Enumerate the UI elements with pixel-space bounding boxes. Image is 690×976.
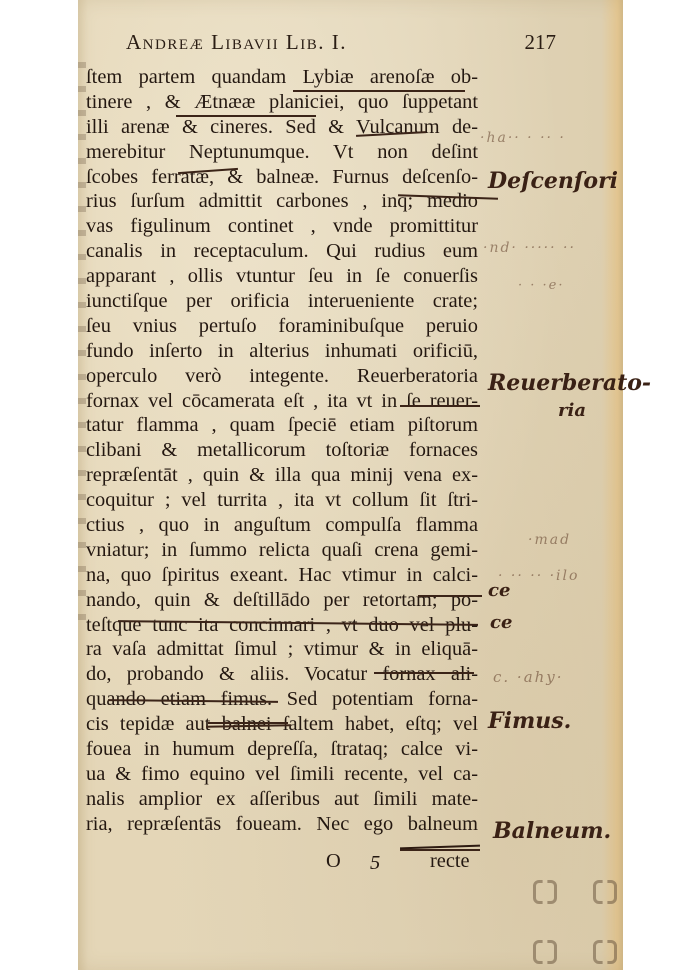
marginalia-faint: · · ·e· [518,278,565,293]
marginalia-faint: ·ha·· · ·· · [480,130,566,146]
text-line: ria, repræſentās foueam. Nec ego balneum [86,812,478,837]
marginalia-balneum: Balneum. [493,818,611,844]
text-line: operculo verò integente. Reuerberatoria [86,364,478,389]
marginalia-ce-2: ce [490,612,512,633]
ink-underline [176,115,316,117]
text-line: na, quo ſpiritus exeant. Hac vtimur in c… [86,563,478,588]
page-footer: O 5 recte [78,850,623,876]
text-line: fundo inſerto in alterius inhumati orifi… [86,339,478,364]
text-line: ſcobes ferratæ, & balneæ. Furnus deſcenſ… [86,165,478,190]
ink-underline [293,90,465,92]
marginalia-ria: ria [558,400,586,421]
text-line: do, probando & aliis. Vocatur fornax ali… [86,662,478,687]
ink-underline [418,595,482,597]
text-line: merebitur Neptunumque. Vt non deſint [86,140,478,165]
marginalia-faint: ·mad [528,532,571,548]
ink-underline [400,405,480,407]
text-line: tatur flamma , quam ſpeciē etiam piſtoru… [86,413,478,438]
text-line: fornax vel cōcamerata eſt , ita vt in ſe… [86,389,478,414]
signature-number: 5 [370,852,380,875]
marginalia-ce-1: ce [488,580,510,601]
text-line: ua & fimo equino vel ſimili recente, vel… [86,762,478,787]
stamp-mark [593,940,617,964]
catchword: recte [430,850,470,873]
text-line: repræſentāt , quin & illa qua minij vena… [86,463,478,488]
text-line: illi arenæ & cineres. Sed & Vulcanum de- [86,115,478,140]
marginalia-fimus: Fimus. [488,708,571,734]
text-line: clibani & metallicorum toſtoriæ fornaces [86,438,478,463]
text-line: vas figulinum continet , vnde promittitu… [86,214,478,239]
text-line: canalis in receptaculum. Qui rudius eum [86,239,478,264]
text-line: ſeu vnius pertuſo foraminibuſque peruio [86,314,478,339]
text-line: nando, quin & deſtillādo per retortam; p… [86,588,478,613]
text-line: fouea in humum depreſſa, ſtrataq; calce … [86,737,478,762]
text-line: rius ſurſum admittit carbones , inq; med… [86,189,478,214]
text-line: coquitur ; vel turrita , ita vt collum ſ… [86,488,478,513]
ink-underline [374,672,474,674]
text-line: vniatur; in ſummo relicta quaſi crena ge… [86,538,478,563]
marginalia-descensori: Deſcenſori [488,168,618,194]
text-line: iunctiſque per orificia interueniente cr… [86,289,478,314]
stamp-mark [533,940,557,964]
body-text: ſtem partem quandam Lybiæ arenoſæ ob- ti… [86,65,478,837]
running-head: Andreæ Libavii Lib. I. 217 [126,30,556,55]
text-line: nalis amplior ex aſſeribus aut ſimili ma… [86,787,478,812]
marginalia-faint: c. ·ahy· [493,668,564,686]
running-head-title: Andreæ Libavii Lib. I. [126,30,347,54]
text-line: ra vaſa admittat ſimul ; vtimur & in eli… [86,637,478,662]
folio-number: 217 [525,30,557,55]
stamp-mark [533,880,557,904]
gutter-edge-marks [78,62,86,622]
signature-mark: O [326,850,341,873]
text-line: ſtem partem quandam Lybiæ arenoſæ ob- [86,65,478,90]
text-line: tinere , & Ætnææ planiciei, quo ſuppetan… [86,90,478,115]
text-line: apparant , ollis vtuntur ſeu in ſe conue… [86,264,478,289]
marginalia-reuerberatoria: Reuerberato- [488,370,651,396]
text-line: ctius , quo in anguſtum compulſa flamma [86,513,478,538]
book-page: Andreæ Libavii Lib. I. 217 ſtem partem q… [78,0,623,970]
marginalia-faint: ·nd· ····· ·· [483,240,576,256]
stamp-mark [593,880,617,904]
